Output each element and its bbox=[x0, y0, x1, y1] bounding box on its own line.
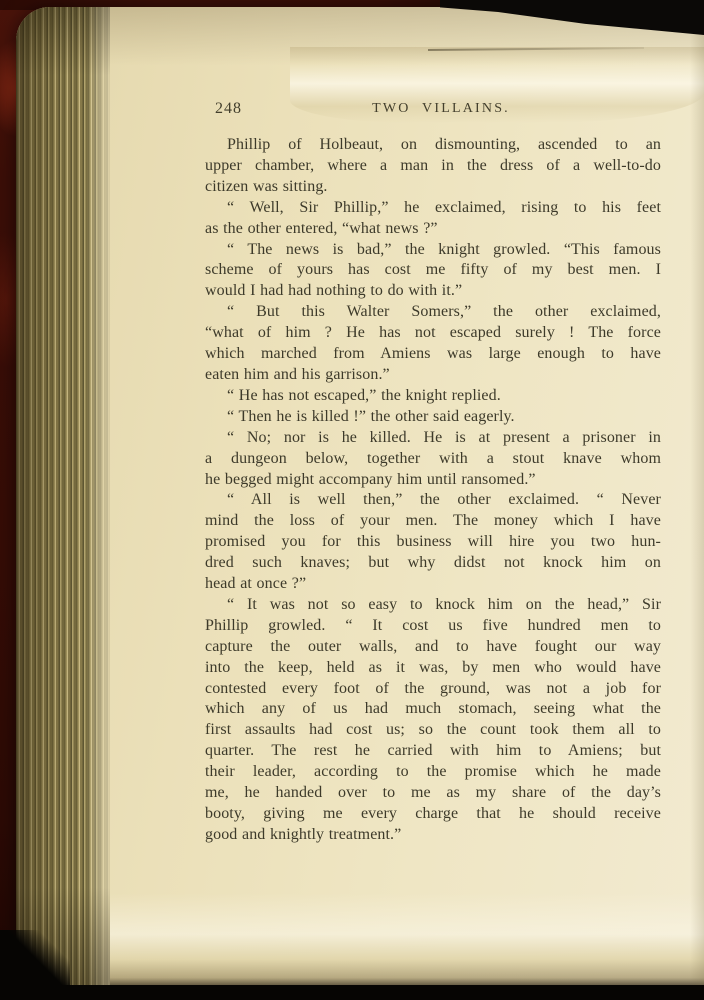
text-line: Phillip growled. “ It cost us five hundr… bbox=[205, 616, 661, 637]
text-line: “what of him ? He has not escaped surely… bbox=[205, 323, 661, 344]
text-line: which marched from Amiens was large enou… bbox=[205, 344, 661, 365]
text-line: a dungeon below, together with a stout k… bbox=[205, 449, 661, 470]
text-line: quarter. The rest he carried with him to… bbox=[205, 741, 661, 762]
text-line: capture the outer walls, and to have fou… bbox=[205, 637, 661, 658]
text-line: their leader, according to the promise w… bbox=[205, 762, 661, 783]
text-line: promised you for this business will hire… bbox=[205, 532, 661, 553]
text-line: “ Well, Sir Phillip,” he exclaimed, risi… bbox=[205, 198, 661, 219]
text-line: Phillip of Holbeaut, on dismounting, asc… bbox=[205, 135, 661, 156]
page-stack-fore-edge bbox=[16, 7, 116, 985]
text-line: he begged might accompany him until rans… bbox=[205, 470, 661, 491]
text-line: as the other entered, “what news ?” bbox=[205, 219, 661, 240]
page-header: 248 TWO VILLAINS. bbox=[205, 100, 661, 120]
background-bottom-left-corner bbox=[0, 930, 70, 1000]
text-line: dred such knaves; but why didst not knoc… bbox=[205, 553, 661, 574]
page-body-text: Phillip of Holbeaut, on dismounting, asc… bbox=[205, 135, 661, 846]
text-line: which any of us had much stomach, seeing… bbox=[205, 699, 661, 720]
text-line: would I had had nothing to do with it.” bbox=[205, 281, 661, 302]
background-bottom-edge bbox=[0, 985, 704, 1000]
running-title: TWO VILLAINS. bbox=[372, 101, 510, 117]
book-page: 248 TWO VILLAINS. Phillip of Holbeaut, o… bbox=[110, 7, 704, 985]
text-line: booty, giving me every charge that he sh… bbox=[205, 804, 661, 825]
text-line: “ It was not so easy to knock him on the… bbox=[205, 595, 661, 616]
text-line: good and knightly treatment.” bbox=[205, 825, 661, 846]
text-line: “ All is well then,” the other exclaimed… bbox=[205, 490, 661, 511]
text-line: mind the loss of your men. The money whi… bbox=[205, 511, 661, 532]
text-line: “ Then he is killed !” the other said ea… bbox=[205, 407, 661, 428]
text-line: “ The news is bad,” the knight growled. … bbox=[205, 240, 661, 261]
text-line: “ But this Walter Somers,” the other exc… bbox=[205, 302, 661, 323]
page-right-edge-shadow bbox=[690, 7, 704, 985]
text-line: citizen was sitting. bbox=[205, 177, 661, 198]
text-line: eaten him and his garrison.” bbox=[205, 365, 661, 386]
page-number: 248 bbox=[215, 100, 242, 118]
text-line: “ He has not escaped,” the knight replie… bbox=[205, 386, 661, 407]
book-block: 248 TWO VILLAINS. Phillip of Holbeaut, o… bbox=[16, 7, 704, 985]
text-line: me, he handed over to me as my share of … bbox=[205, 783, 661, 804]
text-line: contested every foot of the ground, was … bbox=[205, 679, 661, 700]
text-line: into the keep, held as it was, by men wh… bbox=[205, 658, 661, 679]
text-line: upper chamber, where a man in the dress … bbox=[205, 156, 661, 177]
page-bottom-curl-highlight bbox=[110, 893, 704, 985]
text-line: scheme of yours has cost me fifty of my … bbox=[205, 260, 661, 281]
scanned-book-photo: 248 TWO VILLAINS. Phillip of Holbeaut, o… bbox=[0, 0, 704, 1000]
text-line: head at once ?” bbox=[205, 574, 661, 595]
text-line: first assaults had cost us; so the count… bbox=[205, 720, 661, 741]
text-line: “ No; nor is he killed. He is at present… bbox=[205, 428, 661, 449]
page-crease-line bbox=[428, 47, 644, 50]
